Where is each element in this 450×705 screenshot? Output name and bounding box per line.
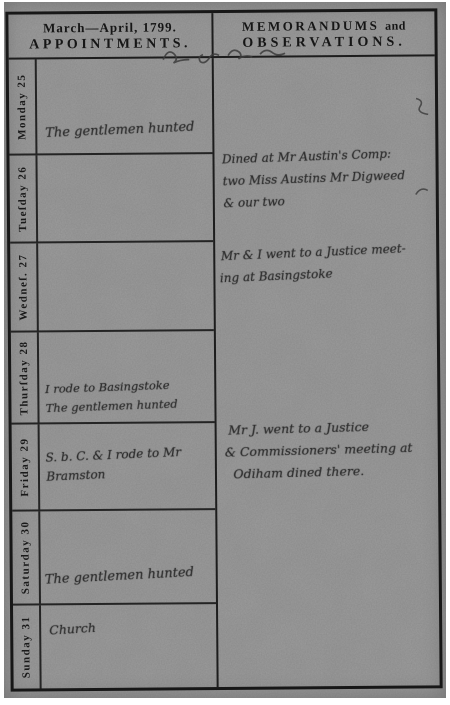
row-sunday-31: Sunday 31 Church: [13, 602, 217, 689]
day-label-saturday-30: Saturday 30: [19, 521, 32, 595]
day-label-monday-25: Monday 25: [16, 74, 29, 140]
appointments-column: Monday 25 The gentlemen hunted Tueſday 2…: [9, 58, 219, 689]
memorandums-and: and: [385, 19, 406, 33]
row-saturday-30: Saturday 30 The gentlemen hunted: [12, 508, 216, 603]
day-cell: Thurſday 28: [11, 333, 40, 423]
day-cell: Tueſday 26: [9, 156, 38, 242]
day-cell: Wedneſ. 27: [10, 243, 39, 331]
header-row: March—April, 1799. APPOINTMENTS. MEMORAN…: [8, 11, 434, 59]
ink-mark-icon: [414, 184, 430, 198]
day-cell: Monday 25: [9, 59, 38, 154]
memorandums-header-cell: MEMORANDUMS and OBSERVATIONS.: [213, 11, 434, 56]
memorandum-entry: Dined at Mr Austin's Comp: two Miss Aust…: [222, 142, 407, 214]
scanned-page: March—April, 1799. APPOINTMENTS. MEMORAN…: [4, 2, 446, 698]
entry-area: [38, 242, 214, 331]
handwritten-entry: S. b. C. & I rode to Mr Bramston: [45, 443, 182, 487]
row-friday-29: Friday 29 S. b. C. & I rode to Mr Bramst…: [12, 421, 216, 510]
ink-mark-icon: [413, 94, 431, 116]
handwritten-entry: The gentlemen hunted: [45, 118, 195, 143]
day-cell: Saturday 30: [12, 512, 41, 604]
day-cell: Sunday 31: [13, 605, 42, 689]
entry-area: The gentlemen hunted: [37, 58, 213, 154]
appointments-title: APPOINTMENTS.: [29, 36, 191, 53]
day-cell: Friday 29: [12, 424, 41, 510]
row-wednesday-27: Wedneſ. 27: [10, 240, 214, 331]
memorandums-title: MEMORANDUMS and: [242, 18, 406, 35]
handwritten-entry: I rode to Basingstoke The gentlemen hunt…: [45, 376, 178, 418]
memorandums-caps: MEMORANDUMS: [242, 18, 379, 34]
memorandum-entry: Mr & I went to a Justice meet- ing at Ba…: [220, 237, 407, 289]
date-range-label: March—April, 1799.: [43, 19, 177, 36]
diary-table: March—April, 1799. APPOINTMENTS. MEMORAN…: [5, 8, 442, 691]
day-label-sunday-31: Sunday 31: [20, 615, 32, 678]
handwritten-entry: The gentlemen hunted: [44, 563, 194, 590]
row-thursday-28: Thurſday 28 I rode to Basingstoke The ge…: [11, 329, 215, 422]
entry-area: [37, 154, 213, 241]
entry-area: Church: [41, 604, 217, 689]
entry-area: The gentlemen hunted: [40, 510, 216, 603]
row-monday-25: Monday 25 The gentlemen hunted: [9, 58, 213, 154]
observations-title: OBSERVATIONS.: [242, 35, 406, 52]
memorandum-entry: Mr J. went to a Justice & Commissioners'…: [224, 415, 413, 486]
entry-area: S. b. C. & I rode to Mr Bramston: [40, 423, 216, 510]
handwritten-entry: Church: [49, 617, 97, 639]
day-label-tuesday-26: Tueſday 26: [17, 166, 30, 232]
entry-area: I rode to Basingstoke The gentlemen hunt…: [39, 331, 215, 422]
appointments-header-cell: March—April, 1799. APPOINTMENTS.: [8, 13, 213, 58]
row-tuesday-26: Tueſday 26: [9, 152, 213, 241]
day-label-thursday-28: Thurſday 28: [18, 340, 31, 415]
day-label-wednesday-27: Wedneſ. 27: [17, 254, 30, 321]
memorandums-column: Dined at Mr Austin's Comp: two Miss Aust…: [216, 56, 440, 687]
day-label-friday-29: Friday 29: [19, 437, 31, 496]
